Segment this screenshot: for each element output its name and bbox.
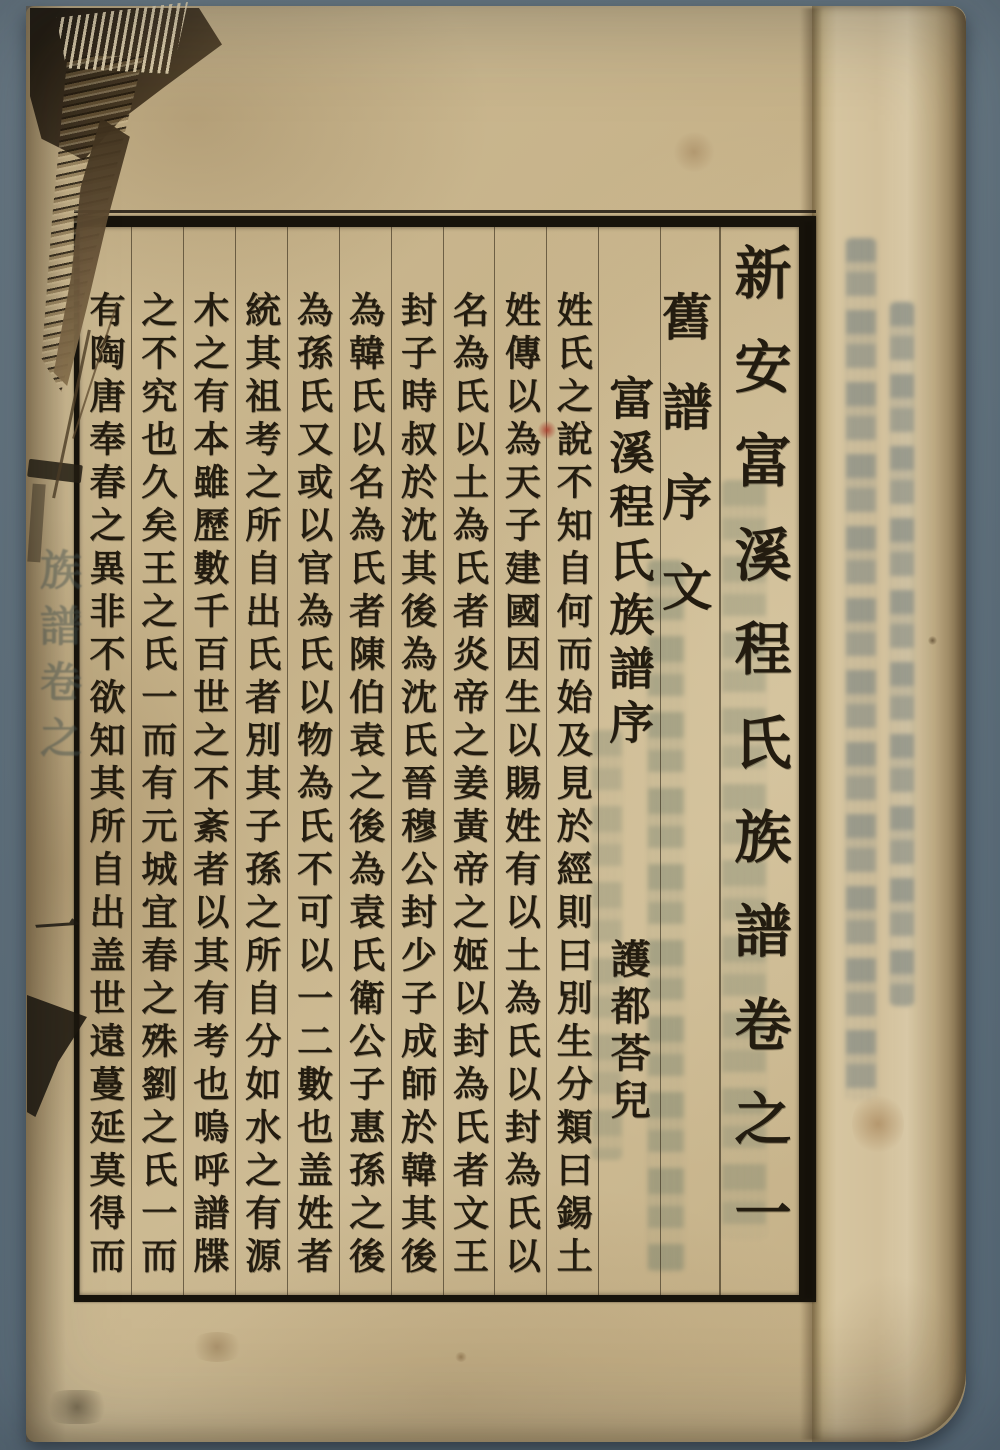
body-text-column-9: 之不究也久矣王之氏一而有元城宜春之殊劉之氏一而 — [131, 227, 183, 1295]
body-text-column-4: 封子時叔於沈其後為沈氏晉穆公封少子成師於韓其後 — [391, 227, 443, 1295]
bleedthrough-column — [846, 238, 876, 1100]
body-text-column-7: 統其祖考之所自出氏者別其子孫之所自分如水之有源 — [235, 227, 287, 1295]
foxing-stain — [455, 1352, 467, 1362]
foxing-stain — [928, 636, 937, 645]
preface-column: 富溪程氏族譜序護都荅兒 — [598, 227, 660, 1295]
bleedthrough-column — [890, 302, 914, 1006]
body-text-column-5: 為韓氏以名為氏者陳伯袁之後為袁氏衛公子惠孫之後 — [339, 227, 391, 1295]
spine-number: 一 — [32, 890, 82, 959]
body-text-column-8: 木之有本雖歷數千百世之不紊者以其有考也嗚呼譜牒 — [183, 227, 235, 1295]
text-frame-border: 新安富溪程氏族譜卷之一 舊譜序文 富溪程氏族譜序護都荅兒 姓氏之說不知自何而始及… — [74, 216, 816, 1302]
foxing-stain — [672, 132, 716, 172]
body-text-column-2: 姓傳以為天子建國因生以賜姓有以土為氏以封為氏以 — [494, 227, 546, 1295]
rolled-fore-edge — [812, 6, 966, 1442]
foxing-stain — [188, 1332, 246, 1362]
photographed-book-page: 新安富溪程氏族譜卷之一 舊譜序文 富溪程氏族譜序護都荅兒 姓氏之說不知自何而始及… — [0, 0, 1000, 1450]
red-ink-spot — [538, 420, 556, 440]
corner-smudge — [42, 1390, 112, 1424]
preface-title: 富溪程氏族譜序 — [601, 375, 654, 753]
foxing-stain — [852, 1092, 904, 1156]
volume-title-column: 新安富溪程氏族譜卷之一 — [719, 227, 799, 1295]
body-text-column-3: 名為氏以土為氏者炎帝之姜黃帝之姬以封為氏者文王 — [443, 227, 495, 1295]
body-text-column-6: 為孫氏又或以官為氏以物為氏不可以一二數也盖姓者 — [287, 227, 339, 1295]
columns: 新安富溪程氏族譜卷之一 舊譜序文 富溪程氏族譜序護都荅兒 姓氏之說不知自何而始及… — [79, 227, 799, 1295]
body-text-column-1: 姓氏之說不知自何而始及見於經則曰別生分類曰錫土 — [546, 227, 598, 1295]
section-heading-column: 舊譜序文 — [660, 227, 719, 1295]
preface-author: 護都荅兒 — [604, 938, 651, 1126]
